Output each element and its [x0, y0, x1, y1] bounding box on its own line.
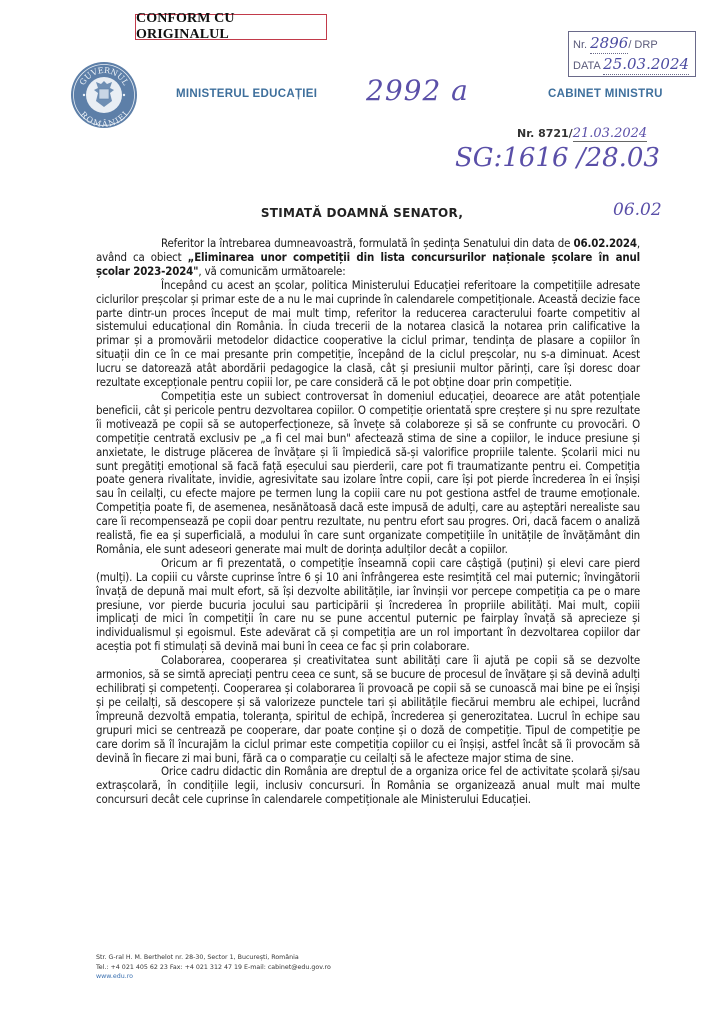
government-seal-logo: GUVERNUL ROMÂNIEI: [70, 61, 138, 129]
session-date: 06.02.2024: [574, 236, 637, 250]
handwritten-registration-number: 2992 a: [366, 74, 469, 107]
footer-website-link[interactable]: www.edu.ro: [96, 972, 331, 982]
registration-date-line: DATA 25.03.2024: [573, 55, 691, 76]
paragraph: Începând cu acest an școlar, politica Mi…: [96, 279, 640, 390]
footer-contact: Str. G-ral H. M. Berthelot nr. 28-30, Se…: [96, 953, 331, 982]
romania-coat-of-arms-icon: GUVERNUL ROMÂNIEI: [70, 61, 138, 129]
intro-paragraph: Referitor la întrebarea dumneavoastră, f…: [96, 237, 640, 279]
registration-number: 2896: [590, 34, 628, 54]
registration-stamp: Nr. 2896/ DRP DATA 25.03.2024: [568, 31, 696, 77]
paragraph: Oricum ar fi prezentată, o competiție în…: [96, 557, 640, 654]
intro-text: Referitor la întrebarea dumneavoastră, f…: [161, 236, 574, 250]
footer-address: Str. G-ral H. M. Berthelot nr. 28-30, Se…: [96, 953, 331, 963]
ministry-name: MINISTERUL EDUCAȚIEI: [176, 88, 317, 100]
letter-body: Referitor la întrebarea dumneavoastră, f…: [96, 237, 640, 807]
cabinet-name: CABINET MINISTRU: [548, 88, 663, 100]
conform-stamp: CONFORM CU ORIGINALUL: [135, 14, 327, 40]
nr-label: Nr.: [573, 39, 590, 51]
paragraph: Colaborarea, cooperarea și creativitatea…: [96, 654, 640, 765]
footer-phone-email: Tel.: +4 021 405 62 23 Fax: +4 021 312 4…: [96, 963, 331, 973]
reference-date: 21.03.2024: [573, 126, 647, 142]
registration-date: 25.03.2024: [603, 55, 689, 75]
date-label: DATA: [573, 60, 603, 72]
dept-suffix: / DRP: [628, 39, 657, 51]
registration-number-line: Nr. 2896/ DRP: [573, 34, 691, 55]
reference-number: Nr. 8721/21.03.2024: [517, 126, 647, 141]
paragraph: Competiția este un subiect controversat …: [96, 390, 640, 557]
salutation: STIMATĂ DOAMNĂ SENATOR,: [0, 206, 724, 220]
intro-text: , vă comunicăm următoarele:: [198, 264, 345, 278]
handwritten-sg-number: SG:1616 /28.03: [455, 143, 660, 173]
reference-label: Nr. 8721/: [517, 127, 573, 140]
paragraph: Orice cadru didactic din România are dre…: [96, 765, 640, 807]
